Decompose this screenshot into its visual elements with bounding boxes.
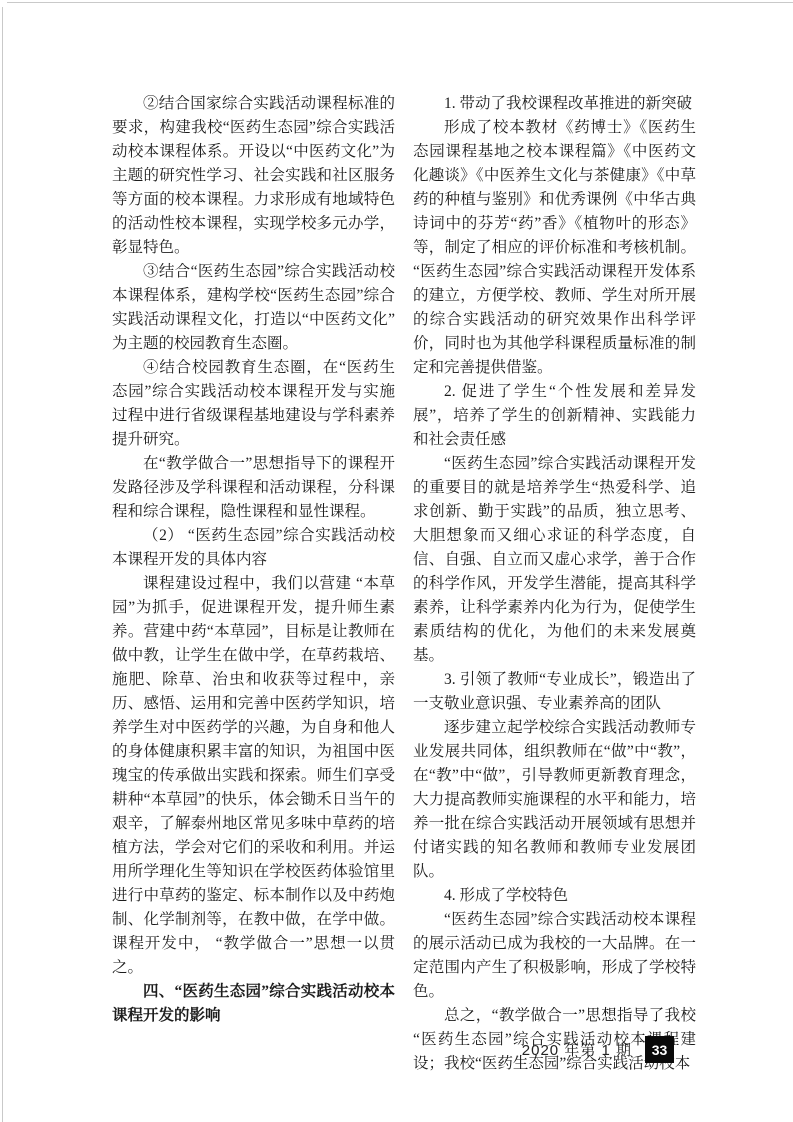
paragraph: ③结合“医药生态园”综合实践活动校本课程体系，建构学校“医药生态园”综合实践活动… [112,260,395,356]
paragraph: ②结合国家综合实践活动课程标准的要求，构建我校“医药生态园”综合实践活动校本课程… [112,92,395,260]
journal-page: ②结合国家综合实践活动课程标准的要求，构建我校“医药生态园”综合实践活动校本课程… [0,0,793,1122]
journal-issue-label: 2020 年第 1 期 [522,1039,632,1060]
section-heading: 四、“医药生态园”综合实践活动校本课程开发的影响 [112,980,395,1028]
paragraph: 逐步建立起学校综合实践活动教师专业发展共同体，组织教师在“做”中“教”，在“教”… [413,716,696,884]
paragraph: 课程建设过程中，我们以营建 “本草园”为抓手，促进课程开发，提升师生素养。营建中… [112,572,395,980]
paragraph: “医药生态园”综合实践活动课程开发的重要目的就是培养学生“热爱科学、追求创新、勤… [413,452,696,668]
text-column-left: ②结合国家综合实践活动课程标准的要求，构建我校“医药生态园”综合实践活动校本课程… [112,92,395,1028]
numbered-subheading: 4. 形成了学校特色 [413,884,696,908]
paragraph: ④结合校园教育生态圈，在“医药生态园”综合实践活动校本课程开发与实施过程中进行省… [112,356,395,452]
text-column-right: 1. 带动了我校课程改革推进的新突破 形成了校本教材《药博士》《医药生态园课程基… [413,92,696,1076]
page-footer: 2020 年第 1 期 33 [522,1036,674,1063]
page-left-edge-line [2,7,3,1122]
paragraph: 在“教学做合一”思想指导下的课程开发路径涉及学科课程和活动课程，分科课程和综合课… [112,452,395,524]
page-top-edge-line [7,2,793,3]
numbered-subheading: 2. 促进了学生“个性发展和差异发展”，培养了学生的创新精神、实践能力和社会责任… [413,380,696,452]
paragraph: 形成了校本教材《药博士》《医药生态园课程基地之校本课程篇》《中医药文化趣谈》《中… [413,116,696,380]
numbered-subheading: 1. 带动了我校课程改革推进的新突破 [413,92,696,116]
subsection-heading: （2） “医药生态园”综合实践活动校本课程开发的具体内容 [112,524,395,572]
page-number-badge: 33 [645,1036,674,1063]
paragraph: “医药生态园”综合实践活动校本课程的展示活动已成为我校的一大品牌。在一定范围内产… [413,908,696,1004]
numbered-subheading: 3. 引领了教师“专业成长”，锻造出了一支敬业意识强、专业素养高的团队 [413,668,696,716]
